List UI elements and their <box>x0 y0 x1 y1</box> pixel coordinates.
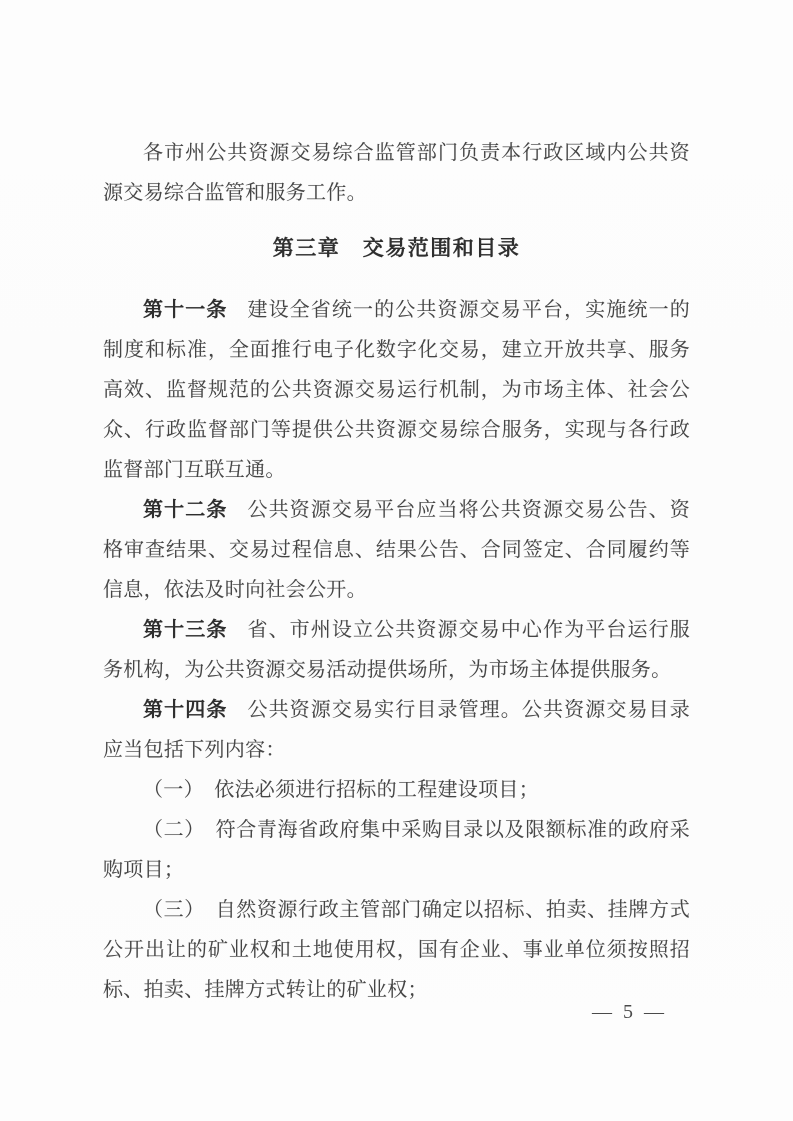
catalog-item-2: （二） 符合青海省政府集中采购目录以及限额标准的政府采购项目； <box>103 810 690 890</box>
chapter-heading: 第三章 交易范围和目录 <box>103 228 690 268</box>
article-11-text: 建设全省统一的公共资源交易平台，实施统一的制度和标准，全面推行电子化数字化交易，… <box>103 299 690 481</box>
intro-paragraph: 各市州公共资源交易综合监管部门负责本行政区域内公共资源交易综合监管和服务工作。 <box>103 133 690 213</box>
document-page: 各市州公共资源交易综合监管部门负责本行政区域内公共资源交易综合监管和服务工作。 … <box>0 0 793 1121</box>
catalog-item-1: （一） 依法必须进行招标的工程建设项目； <box>103 770 690 810</box>
article-13: 第十三条省、市州设立公共资源交易中心作为平台运行服务机构，为公共资源交易活动提供… <box>103 610 690 690</box>
page-content: 各市州公共资源交易综合监管部门负责本行政区域内公共资源交易综合监管和服务工作。 … <box>103 133 690 1010</box>
article-13-label: 第十三条 <box>143 619 227 641</box>
catalog-item-3: （三） 自然资源行政主管部门确定以招标、拍卖、挂牌方式公开出让的矿业权和土地使用… <box>103 890 690 1010</box>
article-14-label: 第十四条 <box>143 699 227 721</box>
article-12-label: 第十二条 <box>143 499 227 521</box>
page-number: — 5 — <box>592 997 667 1027</box>
article-12: 第十二条公共资源交易平台应当将公共资源交易公告、资格审查结果、交易过程信息、结果… <box>103 490 690 610</box>
article-11-label: 第十一条 <box>143 299 227 321</box>
article-11: 第十一条建设全省统一的公共资源交易平台，实施统一的制度和标准，全面推行电子化数字… <box>103 290 690 490</box>
article-14: 第十四条公共资源交易实行目录管理。公共资源交易目录应当包括下列内容： <box>103 690 690 770</box>
